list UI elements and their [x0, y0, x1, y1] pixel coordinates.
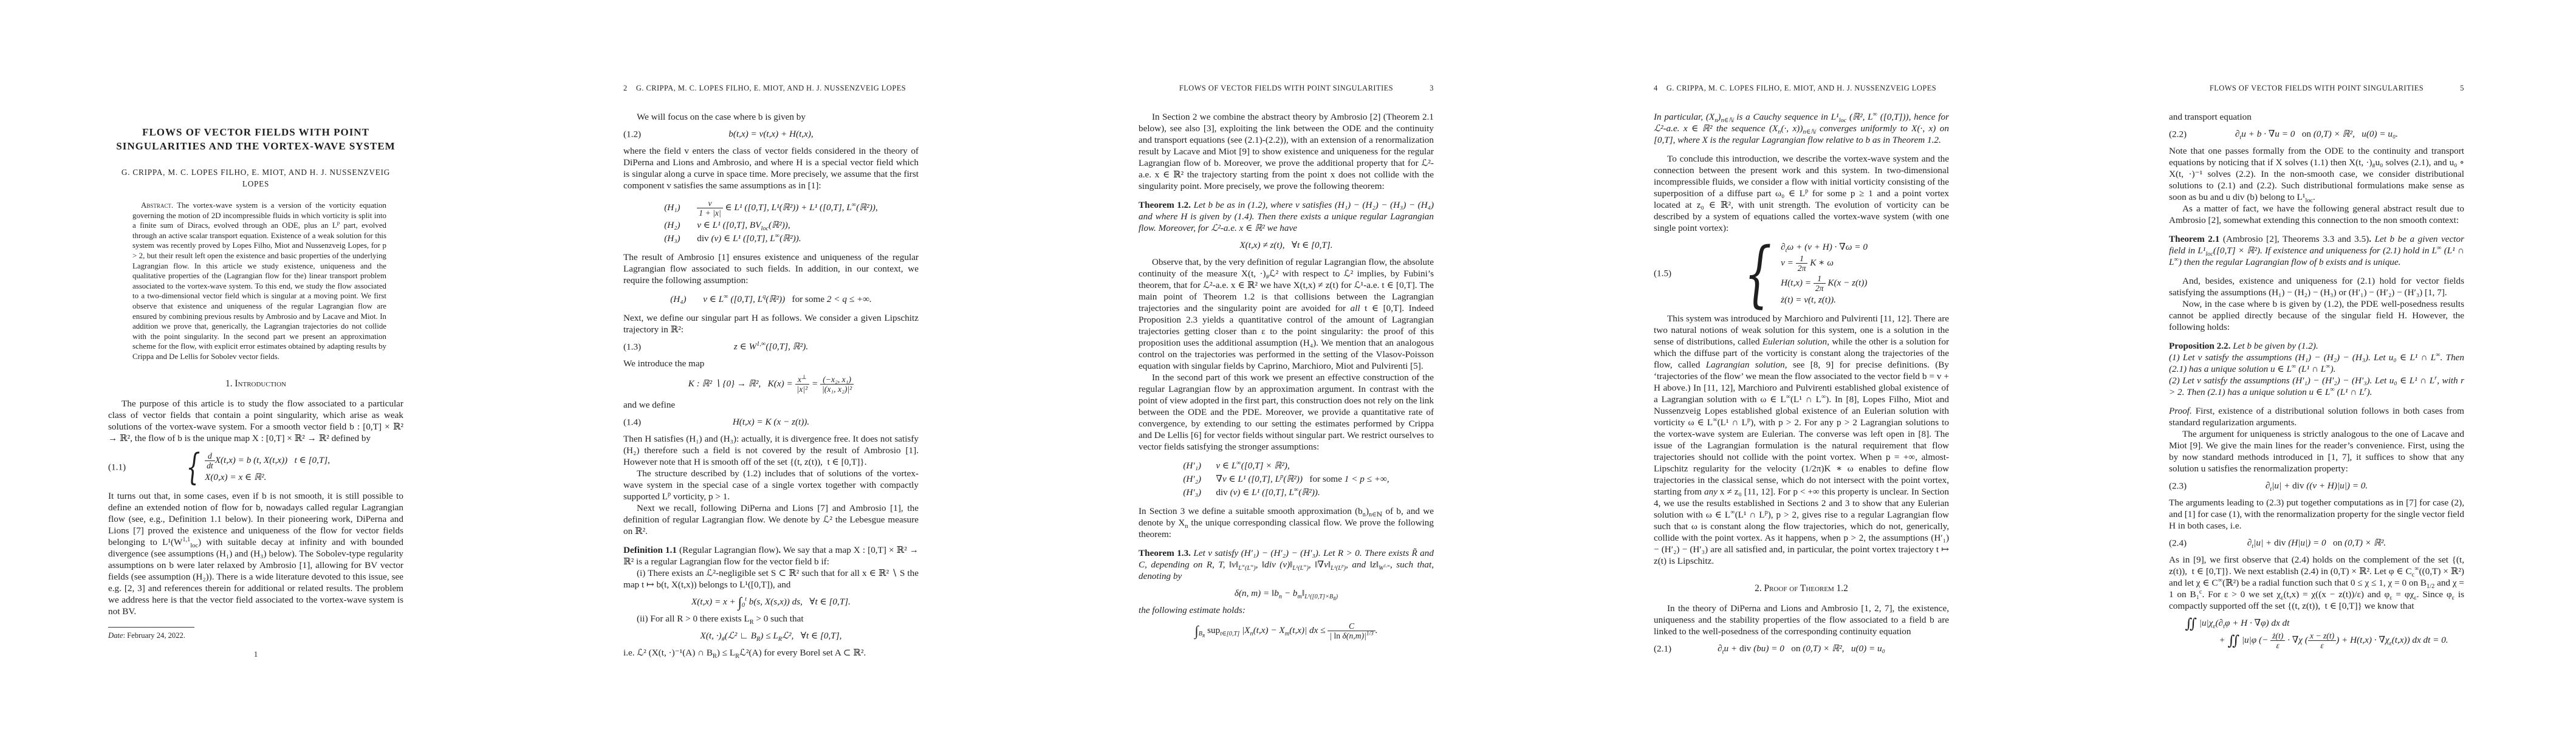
display-equation: K : ℝ² ∖ {0} → ℝ², K(x) = x⊥|x|² = (−x₂,…: [623, 375, 919, 394]
assumption-row: (H₄)v ∈ L∞ ([0,T], Lq(ℝ²)) for some 2 < …: [670, 293, 872, 305]
page-number: 1: [108, 649, 403, 660]
assumption-row: (H′₂)∇v ∈ L¹ ([0,T], Lp(ℝ²)) for some 1 …: [1183, 473, 1389, 485]
assumption-tag: (H₄): [670, 293, 703, 305]
running-head: 4G. CRIPPA, M. C. LOPES FILHO, E. MIOT, …: [1654, 83, 1949, 94]
paragraph: Now, in the case where b is given by (1.…: [2169, 298, 2464, 333]
brace-glyph: {: [1744, 241, 1772, 306]
text-block: 4G. CRIPPA, M. C. LOPES FILHO, E. MIOT, …: [1654, 0, 1949, 660]
page-2: 2G. CRIPPA, M. C. LOPES FILHO, E. MIOT, …: [515, 0, 1030, 729]
paragraph: Proof. First, existence of a distributio…: [2169, 405, 2464, 428]
paragraph: As in [9], we first observe that (2.4) h…: [2169, 554, 2464, 612]
paragraph: Next we recall, following DiPerna and Li…: [623, 502, 919, 537]
text-block: FLOWS OF VECTOR FIELDS WITH POINTSINGULA…: [108, 0, 403, 660]
paragraph: Theorem 1.2. Let b be as in (1.2), where…: [1139, 199, 1434, 234]
paragraph: Theorem 2.1 (Ambrosio [2], Theorems 3.3 …: [2169, 233, 2464, 268]
assumption-tag: (H₂): [664, 219, 697, 231]
equation-tag: (1.1): [108, 461, 126, 473]
paragraph: The purpose of this article is to study …: [108, 398, 403, 444]
paragraph: It turns out that, in some cases, even i…: [108, 490, 403, 617]
equation-tag: (1.4): [623, 416, 641, 428]
assumption-tag: (H′₃): [1183, 487, 1216, 498]
assumption-row: (H₁)v1 + |x| ∈ L¹ ([0,T], L¹(ℝ²)) + L¹ (…: [664, 199, 878, 217]
paragraph: The result of Ambrosio [1] ensures exist…: [623, 252, 919, 286]
equation-tag: (1.3): [623, 341, 641, 352]
assumption-formula: v ∈ L∞ ([0,T], Lq(ℝ²)) for some 2 < q ≤ …: [703, 294, 872, 304]
running-head-text: G. CRIPPA, M. C. LOPES FILHO, E. MIOT, A…: [636, 84, 906, 92]
paragraph: In Section 2 we combine the abstract the…: [1139, 111, 1434, 192]
equation-content: X(t,x) = x + ∫0t b(s, X(s,x)) ds, ∀t ∈ […: [691, 596, 851, 607]
assumption-row: (H′₁)v ∈ L∞([0,T] × ℝ²),: [1183, 460, 1389, 471]
paragraph: In particular, (Xn)n∈ℕ is a Cauchy seque…: [1654, 111, 1949, 146]
equation-content: K : ℝ² ∖ {0} → ℝ², K(x) = x⊥|x|² = (−x₂,…: [688, 375, 854, 394]
running-head-text: G. CRIPPA, M. C. LOPES FILHO, E. MIOT, A…: [1667, 84, 1936, 92]
cases-line: ddtX(t,x) = b (t, X(t,x)) t ∈ [0,T],: [205, 451, 330, 470]
paragraph: where the field v enters the class of ve…: [623, 145, 919, 191]
display-equation: (2.3)∂t|u| + div ((v + H)|u|) = 0.: [2169, 480, 2464, 491]
paragraph: In Section 3 we define a suitable smooth…: [1139, 505, 1434, 540]
page-1: FLOWS OF VECTOR FIELDS WITH POINTSINGULA…: [0, 0, 515, 729]
assumption-row: (H₃)div (v) ∈ L¹ ([0,T], L∞(ℝ²)).: [664, 233, 878, 244]
text-block: 3FLOWS OF VECTOR FIELDS WITH POINT SINGU…: [1139, 0, 1434, 646]
assumption-list-inner: (H₁)v1 + |x| ∈ L¹ ([0,T], L¹(ℝ²)) + L¹ (…: [664, 197, 878, 246]
paragraph: (i) There exists an ℒ²-negligible set S …: [623, 567, 919, 590]
assumption-formula: div (v) ∈ L¹ ([0,T], L∞(ℝ²)).: [1216, 487, 1320, 498]
assumption-formula: v ∈ L¹ ([0,T], BVloc(ℝ²)),: [697, 220, 790, 230]
display-equation: (1.2)b(t,x) = v(t,x) + H(t,x),: [623, 128, 919, 140]
running-head-text: FLOWS OF VECTOR FIELDS WITH POINT SINGUL…: [2210, 84, 2424, 92]
display-equation: (1.3)z ∈ W1,∞([0,T], ℝ²).: [623, 341, 919, 352]
assumption-list: (H′₁)v ∈ L∞([0,T] × ℝ²),(H′₂)∇v ∈ L¹ ([0…: [1139, 458, 1434, 500]
paragraph: The argument for uniqueness is strictly …: [2169, 428, 2464, 474]
equation-content: X(t, ·)#(ℒ² ∟ BR) ≤ LRℒ², ∀t ∈ [0,T],: [701, 630, 842, 642]
display-equation: X(t,x) ≠ z(t), ∀t ∈ [0,T].: [1139, 239, 1434, 251]
paragraph: i.e. ℒ² (X(t, ·)⁻¹(A) ∩ BR) ≤ LRℒ²(A) fo…: [623, 647, 919, 659]
paragraph: In the theory of DiPerna and Lions and A…: [1654, 603, 1949, 637]
display-equation: ∬ |u|χε(∂tφ + H · ∇φ) dx dt+ ∬ |u|φ (− ż…: [2169, 617, 2464, 650]
cases-lines: ∂tω + (v + H) · ∇ω = 0v = 12π K ∗ ωH(t,x…: [1781, 240, 1868, 307]
assumption-formula: div (v) ∈ L¹ ([0,T], L∞(ℝ²)).: [697, 233, 801, 244]
paragraph: Observe that, by the very definition of …: [1139, 256, 1434, 372]
equation-tag: (1.5): [1654, 268, 1671, 279]
assumption-formula: v1 + |x| ∈ L¹ ([0,T], L¹(ℝ²)) + L¹ ([0,T…: [697, 202, 878, 213]
paragraph: Note that one passes formally from the O…: [2169, 145, 2464, 203]
running-head: 3FLOWS OF VECTOR FIELDS WITH POINT SINGU…: [1139, 83, 1434, 94]
page-number: 5: [2460, 83, 2464, 94]
equation-content: b(t,x) = v(t,x) + H(t,x),: [728, 128, 813, 140]
paragraph: We introduce the map: [623, 358, 919, 369]
assumption-formula: ∇v ∈ L¹ ([0,T], Lp(ℝ²)) for some 1 < p ≤…: [1216, 474, 1389, 484]
equation-content: z ∈ W1,∞([0,T], ℝ²).: [734, 341, 808, 352]
footnote-rule: [108, 627, 194, 628]
section-heading: 1. Introduction: [108, 378, 403, 389]
cases-line: v = 12π K ∗ ω: [1781, 254, 1868, 273]
paragraph: and transport equation: [2169, 111, 2464, 123]
running-head: 2G. CRIPPA, M. C. LOPES FILHO, E. MIOT, …: [623, 83, 919, 94]
assumption-row: (H₂)v ∈ L¹ ([0,T], BVloc(ℝ²)),: [664, 219, 878, 231]
cases-line: X(0,x) = x ∈ ℝ².: [205, 471, 330, 483]
running-head-text: FLOWS OF VECTOR FIELDS WITH POINT SINGUL…: [1179, 84, 1393, 92]
paragraph: Proposition 2.2. Let b be given by (1.2)…: [2169, 340, 2464, 352]
paragraph: This system was introduced by Marchioro …: [1654, 313, 1949, 567]
assumption-formula: v ∈ L∞([0,T] × ℝ²),: [1216, 460, 1289, 471]
paragraph: Theorem 1.3. Let v satisfy (H′₁) − (H′₂)…: [1139, 547, 1434, 582]
equation-tag: (2.3): [2169, 480, 2187, 491]
equation-content: X(t,x) ≠ z(t), ∀t ∈ [0,T].: [1239, 239, 1332, 251]
cases-line: H(t,x) = 12π K(x − z(t)): [1781, 274, 1868, 293]
equation-content: ∂t|u| + div ((v + H)|u|) = 0.: [2266, 480, 2368, 491]
equation-content: ∫BR supt∈[0,T] |Xn(t,x) − Xm(t,x)| dx ≤ …: [1194, 621, 1377, 640]
text-block: 5FLOWS OF VECTOR FIELDS WITH POINT SINGU…: [2169, 0, 2464, 655]
assumption-list-inner: (H′₁)v ∈ L∞([0,T] × ℝ²),(H′₂)∇v ∈ L¹ ([0…: [1183, 458, 1389, 500]
assumption-list-inner: (H₄)v ∈ L∞ ([0,T], Lq(ℝ²)) for some 2 < …: [670, 292, 872, 307]
paragraph: (2) Let v satisfy the assumptions (H′₁) …: [2169, 375, 2464, 398]
page-3: 3FLOWS OF VECTOR FIELDS WITH POINT SINGU…: [1030, 0, 1546, 729]
page-number: 2: [623, 83, 628, 94]
assumption-tag: (H₁): [664, 202, 697, 213]
page-number: 4: [1654, 83, 1658, 94]
paragraph: Next, we define our singular part H as f…: [623, 312, 919, 335]
cases-equation: (1.5){∂tω + (v + H) · ∇ω = 0v = 12π K ∗ …: [1654, 240, 1949, 307]
running-head: 5FLOWS OF VECTOR FIELDS WITH POINT SINGU…: [2169, 83, 2464, 94]
cases-line: ∂tω + (v + H) · ∇ω = 0: [1781, 241, 1868, 253]
paragraph: and we define: [623, 399, 919, 411]
document-strip: arXiv:1302.1297v1 [math.AP] 6 Feb 2013 F…: [0, 0, 2576, 729]
equation-content: ∂tu + b · ∇u = 0 on (0,T) × ℝ², u(0) = u…: [2235, 128, 2398, 140]
paragraph: (ii) For all R > 0 there exists LR > 0 s…: [623, 613, 919, 625]
equation-content: ∬ |u|χε(∂tφ + H · ∇φ) dx dt+ ∬ |u|φ (− ż…: [2185, 617, 2448, 650]
assumption-list: (H₁)v1 + |x| ∈ L¹ ([0,T], L¹(ℝ²)) + L¹ (…: [623, 197, 919, 246]
paragraph: Definition 1.1 (Regular Lagrangian flow)…: [623, 544, 919, 567]
paragraph: In the second part of this work we prese…: [1139, 372, 1434, 453]
equation-content: ∂t|u| + div (H|u|) = 0 on (0,T) × ℝ².: [2247, 537, 2386, 549]
equation-content: H(t,x) = K (x − z(t)).: [733, 416, 809, 428]
assumption-row: (H′₃)div (v) ∈ L¹ ([0,T], L∞(ℝ²)).: [1183, 487, 1389, 498]
assumption-tag: (H₃): [664, 233, 697, 244]
page-4: 4G. CRIPPA, M. C. LOPES FILHO, E. MIOT, …: [1546, 0, 2061, 729]
equation-content: ∂tu + div (bu) = 0 on (0,T) × ℝ², u(0) =…: [1718, 643, 1885, 654]
paragraph: We will focus on the case where b is giv…: [623, 111, 919, 123]
paper-title: FLOWS OF VECTOR FIELDS WITH POINTSINGULA…: [108, 125, 403, 153]
equation-content: δ(n, m) = ‖bn − bm‖L¹([0,T]×BR̃): [1235, 587, 1338, 599]
abstract: Abstract. The vortex-wave system is a ve…: [132, 200, 386, 362]
brace-glyph: {: [187, 451, 200, 484]
display-equation: (2.2)∂tu + b · ∇u = 0 on (0,T) × ℝ², u(0…: [2169, 128, 2464, 140]
cases-equation: (1.1){ddtX(t,x) = b (t, X(t,x)) t ∈ [0,T…: [108, 450, 403, 484]
paragraph: The arguments leading to (2.3) put toget…: [2169, 497, 2464, 532]
display-equation: X(t, ·)#(ℒ² ∟ BR) ≤ LRℒ², ∀t ∈ [0,T],: [623, 630, 919, 642]
page-number: 3: [1430, 83, 1434, 94]
display-equation: (2.1)∂tu + div (bu) = 0 on (0,T) × ℝ², u…: [1654, 643, 1949, 654]
cases-lines: ddtX(t,x) = b (t, X(t,x)) t ∈ [0,T],X(0,…: [205, 450, 330, 484]
display-equation: δ(n, m) = ‖bn − bm‖L¹([0,T]×BR̃): [1139, 587, 1434, 599]
paragraph: And, besides, existence and uniqueness f…: [2169, 275, 2464, 298]
date-line: Date: February 24, 2022.: [108, 631, 403, 640]
display-equation: ∫BR supt∈[0,T] |Xn(t,x) − Xm(t,x)| dx ≤ …: [1139, 621, 1434, 640]
display-equation: (1.4)H(t,x) = K (x − z(t)).: [623, 416, 919, 428]
paragraph: (1) Let v satisfy the assumptions (H₁) −…: [2169, 352, 2464, 375]
paragraph: As a matter of fact, we have the followi…: [2169, 203, 2464, 226]
equation-tag: (1.2): [623, 128, 641, 140]
page-5: 5FLOWS OF VECTOR FIELDS WITH POINT SINGU…: [2061, 0, 2576, 729]
equation-tag: (2.4): [2169, 537, 2187, 549]
assumption-tag: (H′₁): [1183, 460, 1216, 471]
display-equation: (2.4)∂t|u| + div (H|u|) = 0 on (0,T) × ℝ…: [2169, 537, 2464, 549]
section-heading: 2. Proof of Theorem 1.2: [1654, 583, 1949, 594]
authors-line: G. CRIPPA, M. C. LOPES FILHO, E. MIOT, A…: [108, 166, 403, 190]
paragraph: Then H satisfies (H₁) and (H₃): actually…: [623, 433, 919, 468]
assumption-list: (H₄)v ∈ L∞ ([0,T], Lq(ℝ²)) for some 2 < …: [623, 292, 919, 307]
text-block: 2G. CRIPPA, M. C. LOPES FILHO, E. MIOT, …: [623, 0, 919, 659]
paragraph: the following estimate holds:: [1139, 604, 1434, 616]
paragraph: The structure described by (1.2) include…: [623, 468, 919, 502]
display-equation: X(t,x) = x + ∫0t b(s, X(s,x)) ds, ∀t ∈ […: [623, 596, 919, 607]
paragraph: To conclude this introduction, we descri…: [1654, 153, 1949, 234]
equation-tag: (2.1): [1654, 643, 1671, 654]
cases-line: ż(t) = v(t, z(t)).: [1781, 294, 1868, 306]
equation-tag: (2.2): [2169, 128, 2187, 140]
assumption-tag: (H′₂): [1183, 473, 1216, 485]
